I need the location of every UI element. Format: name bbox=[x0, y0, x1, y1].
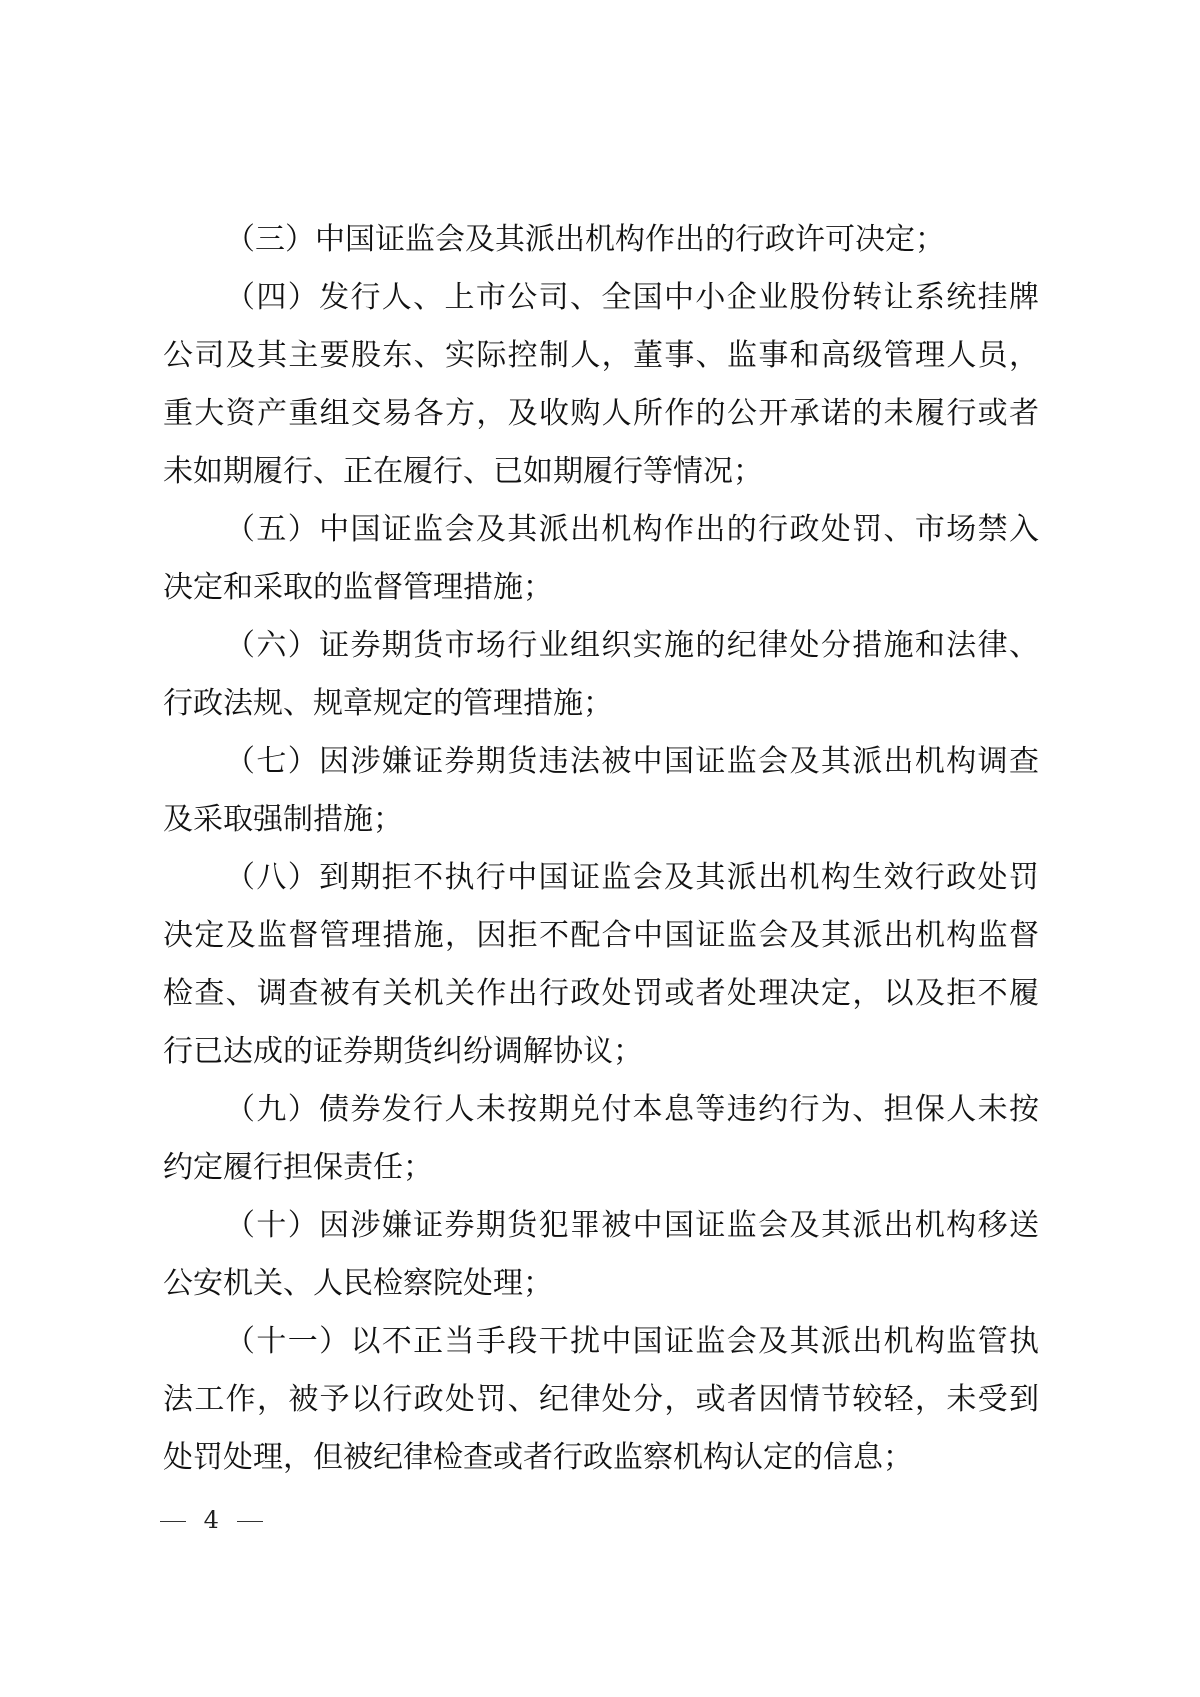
paragraph-4-line-4: 未如期履行、正在履行、已如期履行等情况； bbox=[163, 443, 1039, 501]
paragraph-5-line-2: 决定和采取的监督管理措施； bbox=[163, 559, 1039, 617]
paragraph-10-line-1: （十）因涉嫌证券期货犯罪被中国证监会及其派出机构移送 bbox=[163, 1197, 1039, 1255]
paragraph-8-line-3: 检查、调查被有关机关作出行政处罚或者处理决定，以及拒不履 bbox=[163, 965, 1039, 1023]
paragraph-3-line-1: （三）中国证监会及其派出机构作出的行政许可决定； bbox=[163, 211, 1039, 269]
page-number: 4 bbox=[204, 1505, 219, 1535]
paragraph-4-line-3: 重大资产重组交易各方，及收购人所作的公开承诺的未履行或者 bbox=[163, 385, 1039, 443]
paragraph-4-line-1: （四）发行人、上市公司、全国中小企业股份转让系统挂牌 bbox=[163, 269, 1039, 327]
paragraph-8-line-1: （八）到期拒不执行中国证监会及其派出机构生效行政处罚 bbox=[163, 849, 1039, 907]
paragraph-9-line-1: （九）债券发行人未按期兑付本息等违约行为、担保人未按 bbox=[163, 1081, 1039, 1139]
paragraph-8-line-4: 行已达成的证券期货纠纷调解协议； bbox=[163, 1023, 1039, 1081]
paragraph-6-line-2: 行政法规、规章规定的管理措施； bbox=[163, 675, 1039, 733]
paragraph-5-line-1: （五）中国证监会及其派出机构作出的行政处罚、市场禁入 bbox=[163, 501, 1039, 559]
paragraph-11-line-2: 法工作，被予以行政处罚、纪律处分，或者因情节较轻，未受到 bbox=[163, 1371, 1039, 1429]
paragraph-10-line-2: 公安机关、人民检察院处理； bbox=[163, 1255, 1039, 1313]
paragraph-6-line-1: （六）证券期货市场行业组织实施的纪律处分措施和法律、 bbox=[163, 617, 1039, 675]
paragraph-11-line-3: 处罚处理，但被纪律检查或者行政监察机构认定的信息； bbox=[163, 1429, 1039, 1487]
paragraph-8-line-2: 决定及监督管理措施，因拒不配合中国证监会及其派出机构监督 bbox=[163, 907, 1039, 965]
page-footer: 4 bbox=[160, 1505, 263, 1535]
footer-dash-left bbox=[160, 1521, 186, 1522]
paragraph-7-line-2: 及采取强制措施； bbox=[163, 791, 1039, 849]
paragraph-4-line-2: 公司及其主要股东、实际控制人，董事、监事和高级管理人员， bbox=[163, 327, 1039, 385]
paragraph-11-line-1: （十一）以不正当手段干扰中国证监会及其派出机构监管执 bbox=[163, 1313, 1039, 1371]
document-page: （三）中国证监会及其派出机构作出的行政许可决定； （四）发行人、上市公司、全国中… bbox=[0, 0, 1200, 1697]
footer-dash-right bbox=[237, 1521, 263, 1522]
body-text: （三）中国证监会及其派出机构作出的行政许可决定； （四）发行人、上市公司、全国中… bbox=[163, 211, 1039, 1487]
paragraph-9-line-2: 约定履行担保责任； bbox=[163, 1139, 1039, 1197]
paragraph-7-line-1: （七）因涉嫌证券期货违法被中国证监会及其派出机构调查 bbox=[163, 733, 1039, 791]
